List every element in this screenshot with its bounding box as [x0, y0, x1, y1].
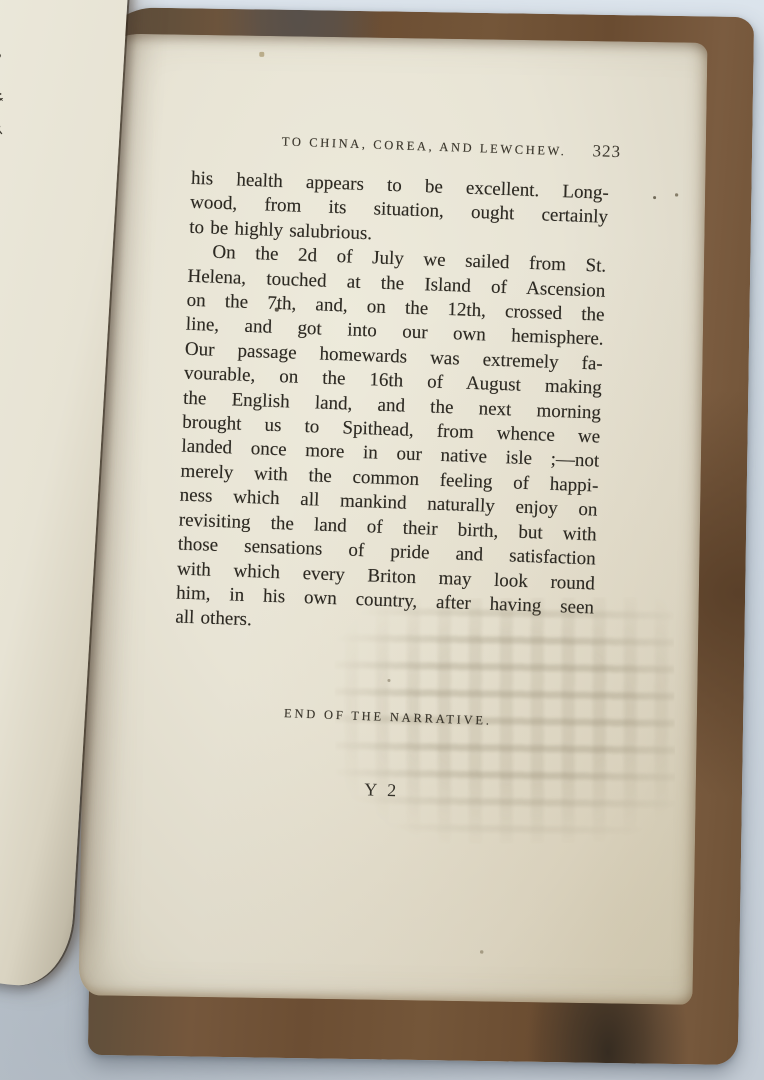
right-page: TO CHINA, COREA, AND LEWCHEW. 323 his he…	[78, 33, 707, 1005]
running-title: TO CHINA, COREA, AND LEWCHEW.	[282, 134, 567, 159]
book-photo: TO CHINA, COREA, AND LEWCHEW. 323 his he…	[0, 0, 764, 1080]
left-page-fragment: Dieux,” said	[0, 171, 1, 248]
left-page-fragment: ith replied it	[0, 34, 8, 109]
body-text: his health appears to be excellent. Long…	[175, 167, 609, 645]
left-page-fragment: religion the	[0, 0, 7, 65]
page-number: 323	[592, 141, 621, 162]
signature-mark: Y 2	[336, 778, 427, 802]
page-header: TO CHINA, COREA, AND LEWCHEW. 323	[282, 130, 682, 164]
